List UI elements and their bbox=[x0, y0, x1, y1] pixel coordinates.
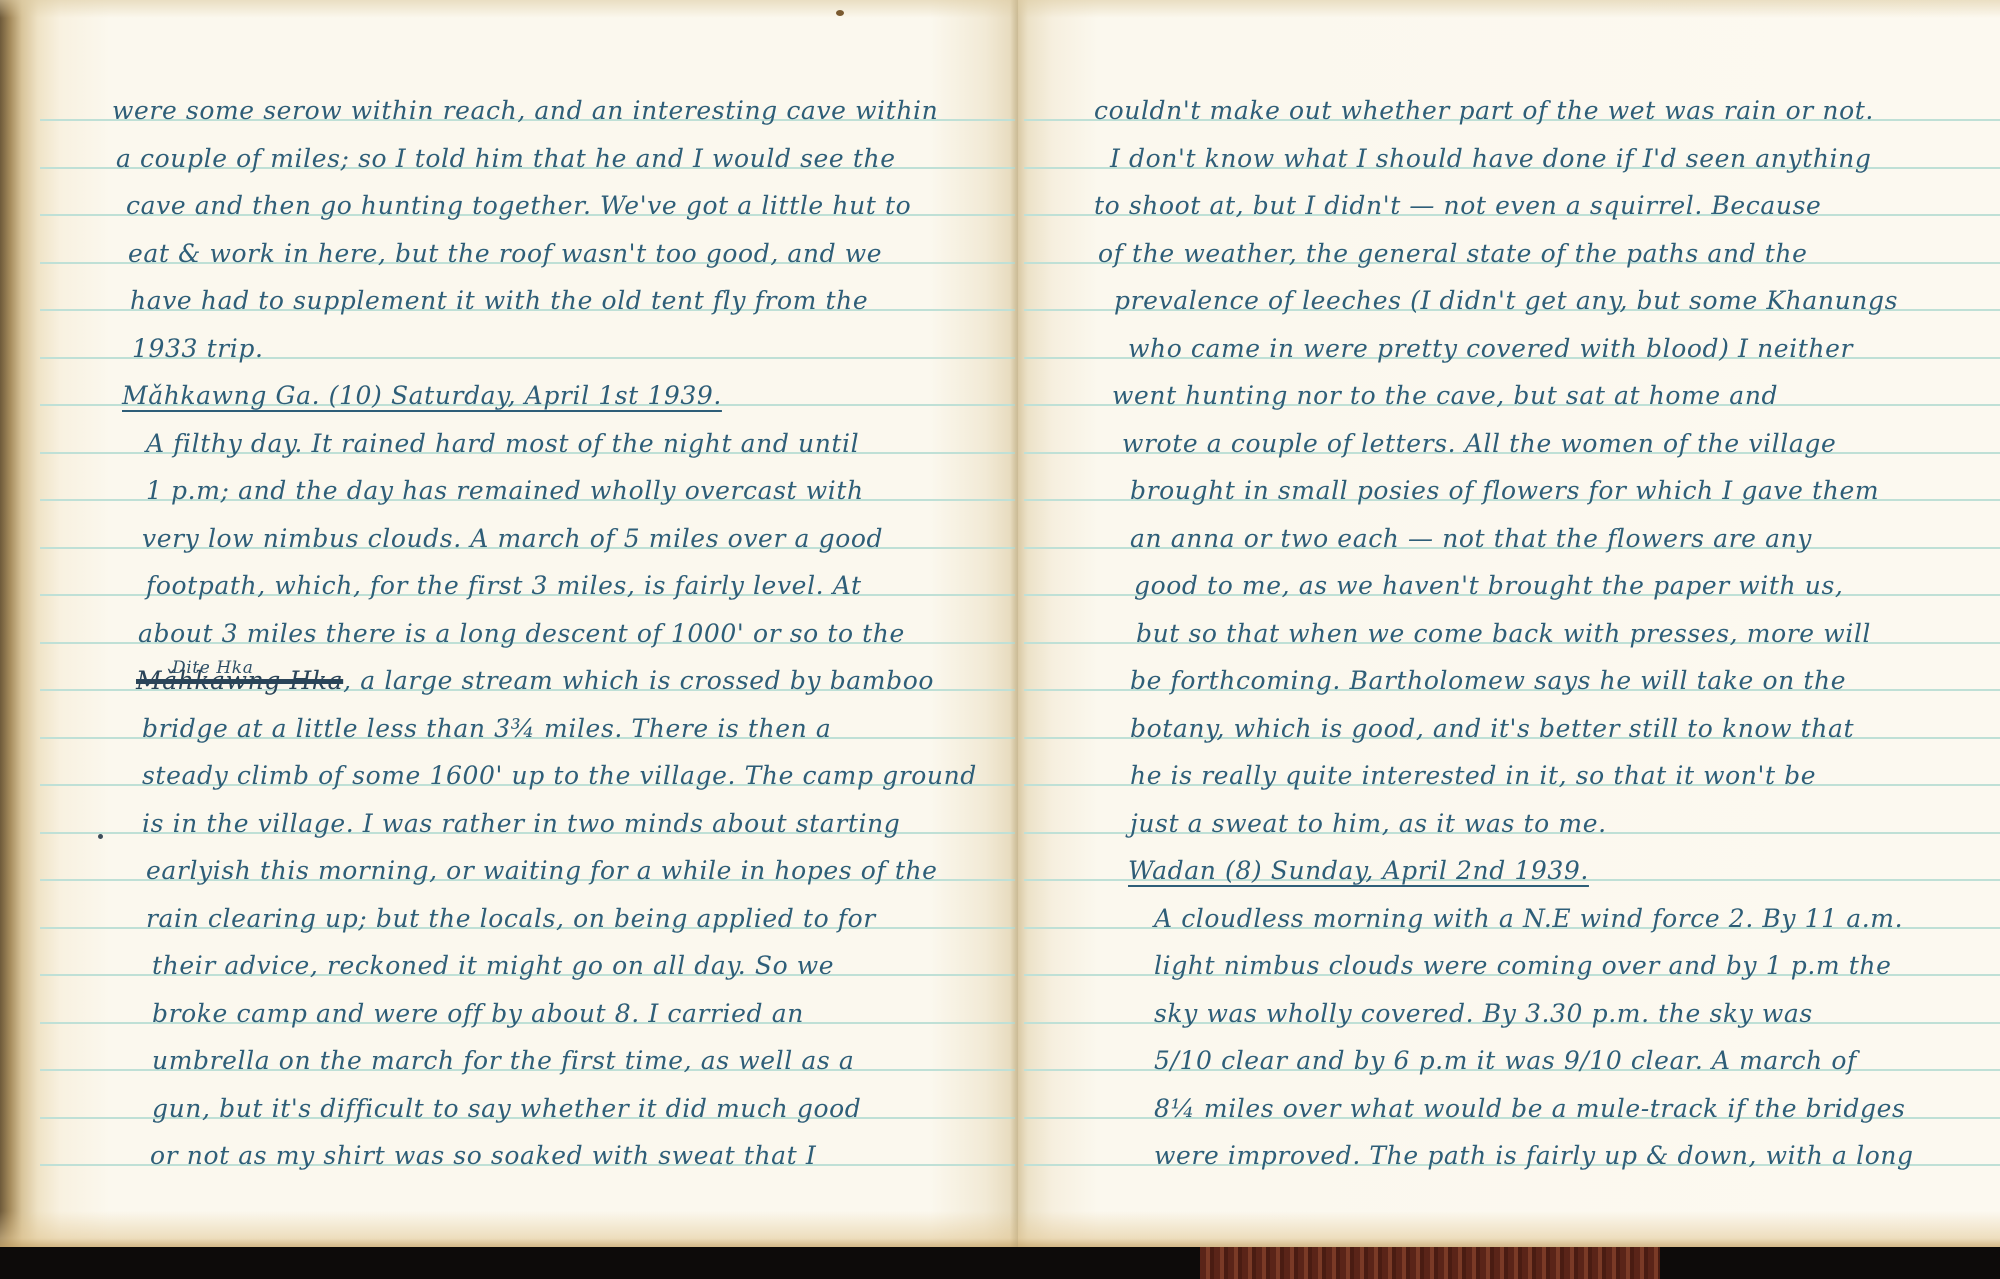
handwritten-line: of the weather, the general state of the… bbox=[1098, 239, 1808, 269]
notebook-spread: were some serow within reach, and an int… bbox=[0, 0, 2000, 1279]
handwritten-line: just a sweat to him, as it was to me. bbox=[1130, 809, 1607, 839]
handwritten-line: he is really quite interested in it, so … bbox=[1130, 761, 1816, 791]
handwritten-line: A cloudless morning with a N.E wind forc… bbox=[1154, 904, 1903, 934]
handwritten-line: wrote a couple of letters. All the women… bbox=[1122, 429, 1836, 459]
handwritten-line: broke camp and were off by about 8. I ca… bbox=[152, 999, 804, 1029]
handwritten-line: gun, but it's difficult to say whether i… bbox=[152, 1094, 861, 1124]
book-binding-edge bbox=[1200, 1247, 1660, 1279]
handwritten-line: an anna or two each — not that the flowe… bbox=[1130, 524, 1812, 554]
handwritten-line: be forthcoming. Bartholomew says he will… bbox=[1130, 666, 1846, 696]
handwritten-line: botany, which is good, and it's better s… bbox=[1130, 714, 1854, 744]
handwritten-line: earlyish this morning, or waiting for a … bbox=[146, 856, 938, 886]
handwritten-line: were some serow within reach, and an int… bbox=[112, 96, 938, 126]
handwritten-line: very low nimbus clouds. A march of 5 mil… bbox=[142, 524, 883, 554]
handwritten-line: about 3 miles there is a long descent of… bbox=[138, 619, 905, 649]
handwritten-line: have had to supplement it with the old t… bbox=[130, 286, 868, 316]
handwritten-line: brought in small posies of flowers for w… bbox=[1130, 476, 1879, 506]
ink-dot-mark bbox=[98, 834, 103, 839]
handwritten-line: bridge at a little less than 3¾ miles. T… bbox=[142, 714, 831, 744]
top-edge-stain bbox=[1018, 0, 2000, 18]
handwritten-line: went hunting nor to the cave, but sat at… bbox=[1112, 381, 1778, 411]
right-page: couldn't make out whether part of the we… bbox=[1018, 0, 2000, 1247]
handwritten-line: cave and then go hunting together. We've… bbox=[126, 191, 911, 221]
handwritten-line: good to me, as we haven't brought the pa… bbox=[1134, 571, 1843, 601]
handwritten-line: eat & work in here, but the roof wasn't … bbox=[128, 239, 882, 269]
handwritten-line: but so that when we come back with press… bbox=[1136, 619, 1871, 649]
handwritten-line: who came in were pretty covered with blo… bbox=[1128, 334, 1853, 364]
handwritten-line: 5/10 clear and by 6 p.m it was 9/10 clea… bbox=[1154, 1046, 1857, 1076]
entry-heading-april-2: Wadan (8) Sunday, April 2nd 1939. bbox=[1128, 856, 1589, 886]
handwritten-line-with-strikeout: Mǎhkawng Hka, a large stream which is cr… bbox=[136, 666, 934, 696]
handwritten-line: A filthy day. It rained hard most of the… bbox=[146, 429, 859, 459]
bottom-edge-stain bbox=[0, 1211, 1018, 1247]
handwritten-line: their advice, reckoned it might go on al… bbox=[152, 951, 834, 981]
paper-blemish bbox=[836, 10, 844, 16]
handwritten-line: footpath, which, for the first 3 miles, … bbox=[146, 571, 862, 601]
handwritten-line: 1933 trip. bbox=[132, 334, 264, 364]
handwritten-line: prevalence of leeches (I didn't get any,… bbox=[1114, 286, 1898, 316]
handwritten-line: I don't know what I should have done if … bbox=[1110, 144, 1871, 174]
handwritten-line: umbrella on the march for the first time… bbox=[152, 1046, 854, 1076]
line-remainder: , a large stream which is crossed by bam… bbox=[343, 666, 934, 695]
handwritten-line: is in the village. I was rather in two m… bbox=[142, 809, 900, 839]
handwritten-line: sky was wholly covered. By 3.30 p.m. the… bbox=[1154, 999, 1813, 1029]
handwritten-line: 1 p.m; and the day has remained wholly o… bbox=[146, 476, 864, 506]
handwritten-line: light nimbus clouds were coming over and… bbox=[1154, 951, 1892, 981]
handwritten-line: were improved. The path is fairly up & d… bbox=[1154, 1141, 1914, 1171]
handwritten-line: couldn't make out whether part of the we… bbox=[1094, 96, 1874, 126]
struck-out-word: Mǎhkawng Hka bbox=[136, 666, 343, 695]
entry-heading-april-1: Mǎhkawng Ga. (10) Saturday, April 1st 19… bbox=[122, 381, 722, 411]
handwritten-line: steady climb of some 1600' up to the vil… bbox=[142, 761, 977, 791]
top-edge-stain bbox=[0, 0, 1018, 18]
handwritten-line: 8¼ miles over what would be a mule-track… bbox=[1154, 1094, 1905, 1124]
handwritten-line: a couple of miles; so I told him that he… bbox=[116, 144, 896, 174]
handwritten-line: to shoot at, but I didn't — not even a s… bbox=[1094, 191, 1821, 221]
handwritten-line: rain clearing up; but the locals, on bei… bbox=[146, 904, 876, 934]
handwritten-line: or not as my shirt was so soaked with sw… bbox=[150, 1141, 816, 1171]
left-page: were some serow within reach, and an int… bbox=[0, 0, 1018, 1247]
bottom-edge-stain bbox=[1018, 1211, 2000, 1247]
